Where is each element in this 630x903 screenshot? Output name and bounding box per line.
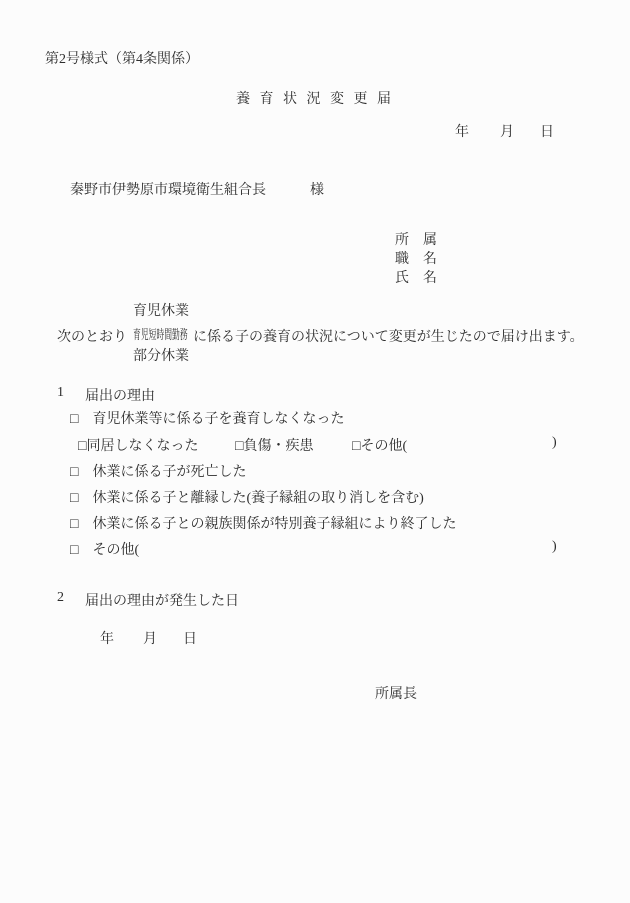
section2-heading: 届出の理由が発生した日 xyxy=(85,590,239,610)
checkbox-label: その他( xyxy=(360,439,407,454)
closing-paren: ) xyxy=(552,539,557,555)
reason-row-kinship-ended: □休業に係る子との親族関係が特別養子縁組により終了した xyxy=(70,513,456,533)
section1-heading: 届出の理由 xyxy=(85,385,155,405)
signer-job-title-label: 職 名 xyxy=(395,250,437,269)
addressee-line: 秦野市伊勢原市環境衛生組合長様 xyxy=(70,179,324,199)
leave-option-ikuji-kyugyo: 育児休業 xyxy=(133,301,224,324)
addressee-name: 秦野市伊勢原市環境衛生組合長 xyxy=(70,183,266,198)
checkbox-label: 負傷・疾患 xyxy=(243,439,313,454)
checkbox-label: 休業に係る子と離縁した(養子縁組の取り消しを含む) xyxy=(92,491,423,506)
checkbox[interactable]: □ xyxy=(70,412,78,428)
reason-row-dissolved-adoption: □休業に係る子と離縁した(養子縁組の取り消しを含む) xyxy=(70,487,424,507)
intro-prefix: 次のとおり xyxy=(57,326,127,346)
leave-option-tanjikan-kinmu: 育児短時間勤務 xyxy=(133,324,188,347)
checkbox[interactable]: □ xyxy=(70,517,78,533)
approver-label: 所属長 xyxy=(375,683,417,703)
subreason-row-other: □その他( xyxy=(352,435,407,455)
date-month-label: 月 xyxy=(500,121,514,141)
date-day-label: 日 xyxy=(540,121,554,141)
occurrence-date-year-label: 年 xyxy=(100,628,114,648)
checkbox[interactable]: □ xyxy=(70,543,78,559)
occurrence-date-day-label: 日 xyxy=(183,628,197,648)
checkbox-label: その他( xyxy=(92,543,139,558)
signer-block: 所 属 職 名 氏 名 xyxy=(395,231,437,288)
form-page: 第2号様式（第4条関係） 養 育 状 況 変 更 届 年 月 日 秦野市伊勢原市… xyxy=(0,0,630,903)
subreason-row-no-longer-cohabiting: □同居しなくなった xyxy=(78,435,198,455)
reason-row-child-died: □休業に係る子が死亡した xyxy=(70,461,246,481)
form-number: 第2号様式（第4条関係） xyxy=(45,48,199,68)
checkbox-label: 休業に係る子との親族関係が特別養子縁組により終了した xyxy=(92,517,456,532)
signer-affiliation-label: 所 属 xyxy=(395,231,437,250)
addressee-honorific: 様 xyxy=(310,183,324,198)
checkbox-label: 休業に係る子が死亡した xyxy=(92,465,246,480)
section2-number: 2 xyxy=(57,590,64,606)
document-title: 養 育 状 況 変 更 届 xyxy=(0,88,630,108)
date-year-label: 年 xyxy=(455,121,469,141)
reason-row-not-raising: □育児休業等に係る子を養育しなくなった xyxy=(70,408,344,428)
checkbox-label: 同居しなくなった xyxy=(86,439,198,454)
occurrence-date-month-label: 月 xyxy=(143,628,157,648)
intro-suffix: に係る子の養育の状況について変更が生じたので届け出ます。 xyxy=(193,326,584,346)
reason-row-other: □その他( xyxy=(70,539,139,559)
checkbox-label: 育児休業等に係る子を養育しなくなった xyxy=(92,412,344,427)
leave-option-bubun-kyugyo: 部分休業 xyxy=(133,346,224,369)
checkbox[interactable]: □ xyxy=(70,491,78,507)
reason-other-fill-in-blank[interactable] xyxy=(152,539,548,555)
signer-name-label: 氏 名 xyxy=(395,269,437,288)
closing-paren: ) xyxy=(552,435,557,451)
subreason-row-injury-illness: □負傷・疾患 xyxy=(235,435,313,455)
subreason-other-fill-in-blank[interactable] xyxy=(418,435,548,451)
section1-number: 1 xyxy=(57,385,64,401)
checkbox[interactable]: □ xyxy=(70,465,78,481)
